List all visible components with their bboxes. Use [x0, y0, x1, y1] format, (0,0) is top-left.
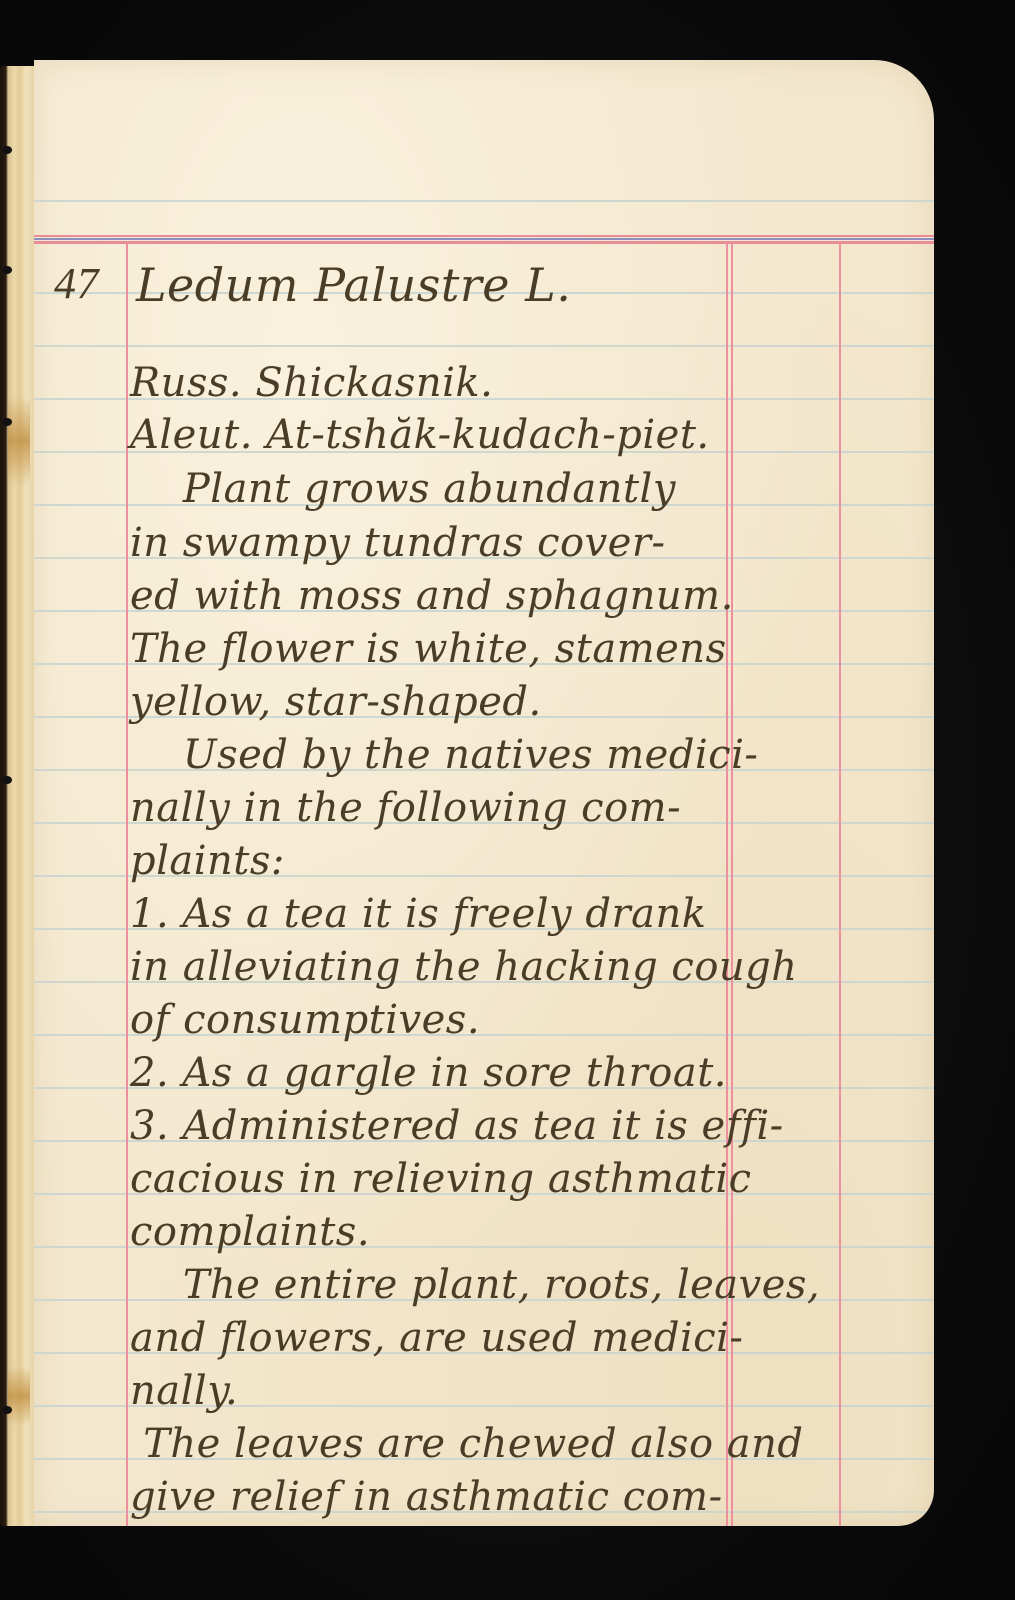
- text-line: Aleut. At-tshăk-kudach-piet.: [130, 412, 710, 458]
- text-line: plaints.: [130, 1522, 284, 1526]
- notebook-binding: [0, 66, 34, 1526]
- text-line: 3. Administered as tea it is effi-: [130, 1103, 784, 1149]
- ruled-line: [34, 345, 934, 347]
- text-line: The flower is white, stamens: [130, 626, 727, 672]
- scanned-notebook-page: 47 Ledum Palustre L. Russ. Shickasnik. A…: [0, 0, 1015, 1600]
- text-line: Plant grows abundantly: [130, 466, 676, 512]
- text-line: Used by the natives medici-: [130, 732, 758, 778]
- binding-stitch: [2, 1406, 12, 1414]
- entry-number: 47: [54, 258, 99, 309]
- text-line: in alleviating the hacking cough: [130, 944, 798, 990]
- binding-stitch: [2, 146, 12, 154]
- binding-stitch: [2, 266, 12, 274]
- text-line: cacious in relieving asthmatic: [130, 1156, 752, 1202]
- notebook-page: 47 Ledum Palustre L. Russ. Shickasnik. A…: [34, 60, 934, 1526]
- text-line: ed with moss and sphagnum.: [130, 573, 734, 619]
- header-double-rule: [34, 235, 934, 244]
- text-line: give relief in asthmatic com-: [130, 1474, 723, 1520]
- ruled-line: [34, 200, 934, 202]
- binding-stitch: [2, 776, 12, 784]
- text-line: in swampy tundras cover-: [130, 520, 666, 566]
- text-line: Russ. Shickasnik.: [130, 360, 493, 406]
- text-line: yellow, star-shaped.: [130, 679, 542, 725]
- entry-title: Ledum Palustre L.: [136, 258, 571, 312]
- text-line: nally in the following com-: [130, 785, 681, 831]
- text-line: The leaves are chewed also and: [130, 1421, 803, 1467]
- text-line: of consumptives.: [130, 997, 480, 1043]
- text-line: 2. As a gargle in sore throat.: [130, 1050, 727, 1096]
- column-line: [839, 242, 841, 1526]
- left-margin-line: [126, 242, 128, 1526]
- binding-stitch: [2, 418, 12, 426]
- text-line: The entire plant, roots, leaves,: [130, 1262, 820, 1308]
- text-line: and flowers, are used medici-: [130, 1315, 743, 1361]
- text-line: nally.: [130, 1368, 238, 1414]
- text-line: plaints:: [130, 838, 285, 884]
- text-line: 1. As a tea it is freely drank: [130, 891, 706, 937]
- binding-stain: [8, 396, 30, 486]
- binding-stain: [8, 1366, 30, 1426]
- text-line: complaints.: [130, 1209, 370, 1255]
